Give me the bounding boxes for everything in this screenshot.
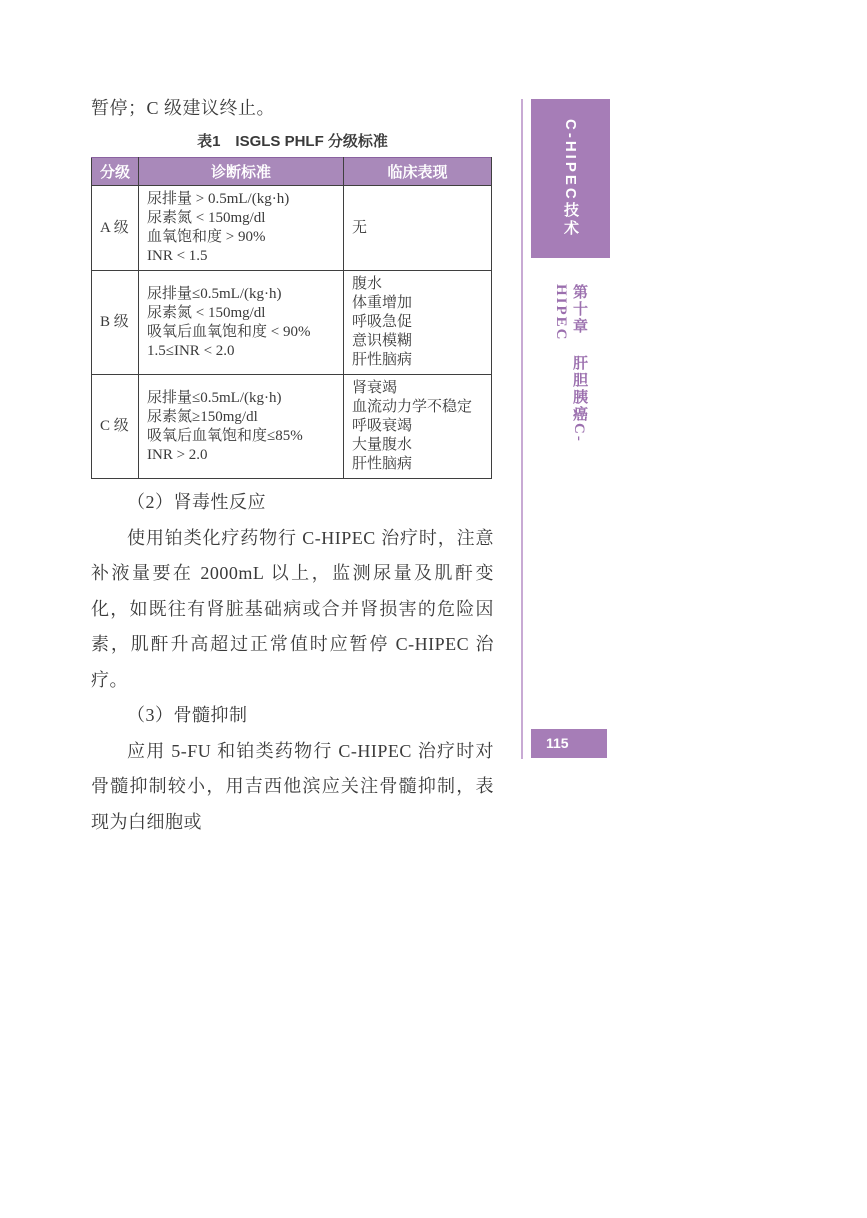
body-paragraph: 使用铂类化疗药物行 C-HIPEC 治疗时，注意补液量要在 2000mL 以上，… (91, 521, 494, 699)
criteria-cell: 尿排量≤0.5mL/(kg·h) 尿素氮≥150mg/dl 吸氧后血氧饱和度≤8… (139, 375, 344, 479)
criteria-cell: 尿排量≤0.5mL/(kg·h) 尿素氮 < 150mg/dl 吸氧后血氧饱和度… (139, 271, 344, 375)
criteria-line: 尿排量 > 0.5mL/(kg·h) (147, 190, 339, 209)
header-clinical: 临床表现 (344, 158, 492, 186)
clinical-line: 腹水 (352, 275, 487, 294)
clinical-line: 肝性脑病 (352, 455, 487, 474)
header-grade: 分级 (92, 158, 139, 186)
clinical-line: 血流动力学不稳定 (352, 398, 487, 417)
body-paragraphs: （2）肾毒性反应 使用铂类化疗药物行 C-HIPEC 治疗时，注意补液量要在 2… (91, 485, 494, 840)
clinical-line: 无 (352, 219, 487, 238)
criteria-cell: 尿排量 > 0.5mL/(kg·h) 尿素氮 < 150mg/dl 血氧饱和度 … (139, 186, 344, 271)
page-number-badge: 115 (531, 729, 607, 758)
clinical-line: 肾衰竭 (352, 379, 487, 398)
clinical-line: 呼吸急促 (352, 313, 487, 332)
clinical-line: 呼吸衰竭 (352, 417, 487, 436)
clinical-cell: 肾衰竭 血流动力学不稳定 呼吸衰竭 大量腹水 肝性脑病 (344, 375, 492, 479)
criteria-line: 尿素氮 < 150mg/dl (147, 304, 339, 323)
clinical-line: 肝性脑病 (352, 351, 487, 370)
criteria-line: 尿素氮≥150mg/dl (147, 408, 339, 427)
section-heading: （3）骨髓抑制 (91, 698, 494, 734)
criteria-line: INR > 2.0 (147, 446, 339, 465)
grade-cell: A 级 (92, 186, 139, 271)
criteria-line: 尿排量≤0.5mL/(kg·h) (147, 285, 339, 304)
main-text-column: 暂停；C 级建议终止。 表1 ISGLS PHLF 分级标准 分级 诊断标准 临… (91, 97, 494, 840)
intro-line: 暂停；C 级建议终止。 (91, 97, 494, 119)
table-row: C 级 尿排量≤0.5mL/(kg·h) 尿素氮≥150mg/dl 吸氧后血氧饱… (92, 375, 492, 479)
grade-cell: B 级 (92, 271, 139, 375)
criteria-line: 血氧饱和度 > 90% (147, 228, 339, 247)
table-title: 表1 ISGLS PHLF 分级标准 (91, 133, 494, 151)
table-header-row: 分级 诊断标准 临床表现 (92, 158, 492, 186)
table-row: B 级 尿排量≤0.5mL/(kg·h) 尿素氮 < 150mg/dl 吸氧后血… (92, 271, 492, 375)
grade-cell: C 级 (92, 375, 139, 479)
criteria-line: 吸氧后血氧饱和度≤85% (147, 427, 339, 446)
grading-table: 分级 诊断标准 临床表现 A 级 尿排量 > 0.5mL/(kg·h) 尿素氮 … (91, 157, 492, 479)
section-heading: （2）肾毒性反应 (91, 485, 494, 521)
criteria-line: INR < 1.5 (147, 247, 339, 266)
sidebar-chapter-label: 第十章肝胆胰癌C-HIPEC (552, 284, 590, 494)
criteria-line: 尿素氮 < 150mg/dl (147, 209, 339, 228)
criteria-line: 吸氧后血氧饱和度 < 90% (147, 323, 339, 342)
clinical-line: 意识模糊 (352, 332, 487, 351)
table-row: A 级 尿排量 > 0.5mL/(kg·h) 尿素氮 < 150mg/dl 血氧… (92, 186, 492, 271)
header-criteria: 诊断标准 (139, 158, 344, 186)
criteria-line: 尿排量≤0.5mL/(kg·h) (147, 389, 339, 408)
clinical-line: 体重增加 (352, 294, 487, 313)
sidebar-section-tab: C-HIPEC技术 (531, 99, 610, 258)
clinical-cell: 腹水 体重增加 呼吸急促 意识模糊 肝性脑病 (344, 271, 492, 375)
criteria-line: 1.5≤INR < 2.0 (147, 342, 339, 361)
clinical-line: 大量腹水 (352, 436, 487, 455)
body-paragraph: 应用 5-FU 和铂类药物行 C-HIPEC 治疗时对骨髓抑制较小，用吉西他滨应… (91, 734, 494, 841)
chapter-number: 第十章 (571, 284, 587, 335)
sidebar-divider-line (521, 99, 523, 759)
document-page: 暂停；C 级建议终止。 表1 ISGLS PHLF 分级标准 分级 诊断标准 临… (0, 0, 867, 1218)
clinical-cell: 无 (344, 186, 492, 271)
